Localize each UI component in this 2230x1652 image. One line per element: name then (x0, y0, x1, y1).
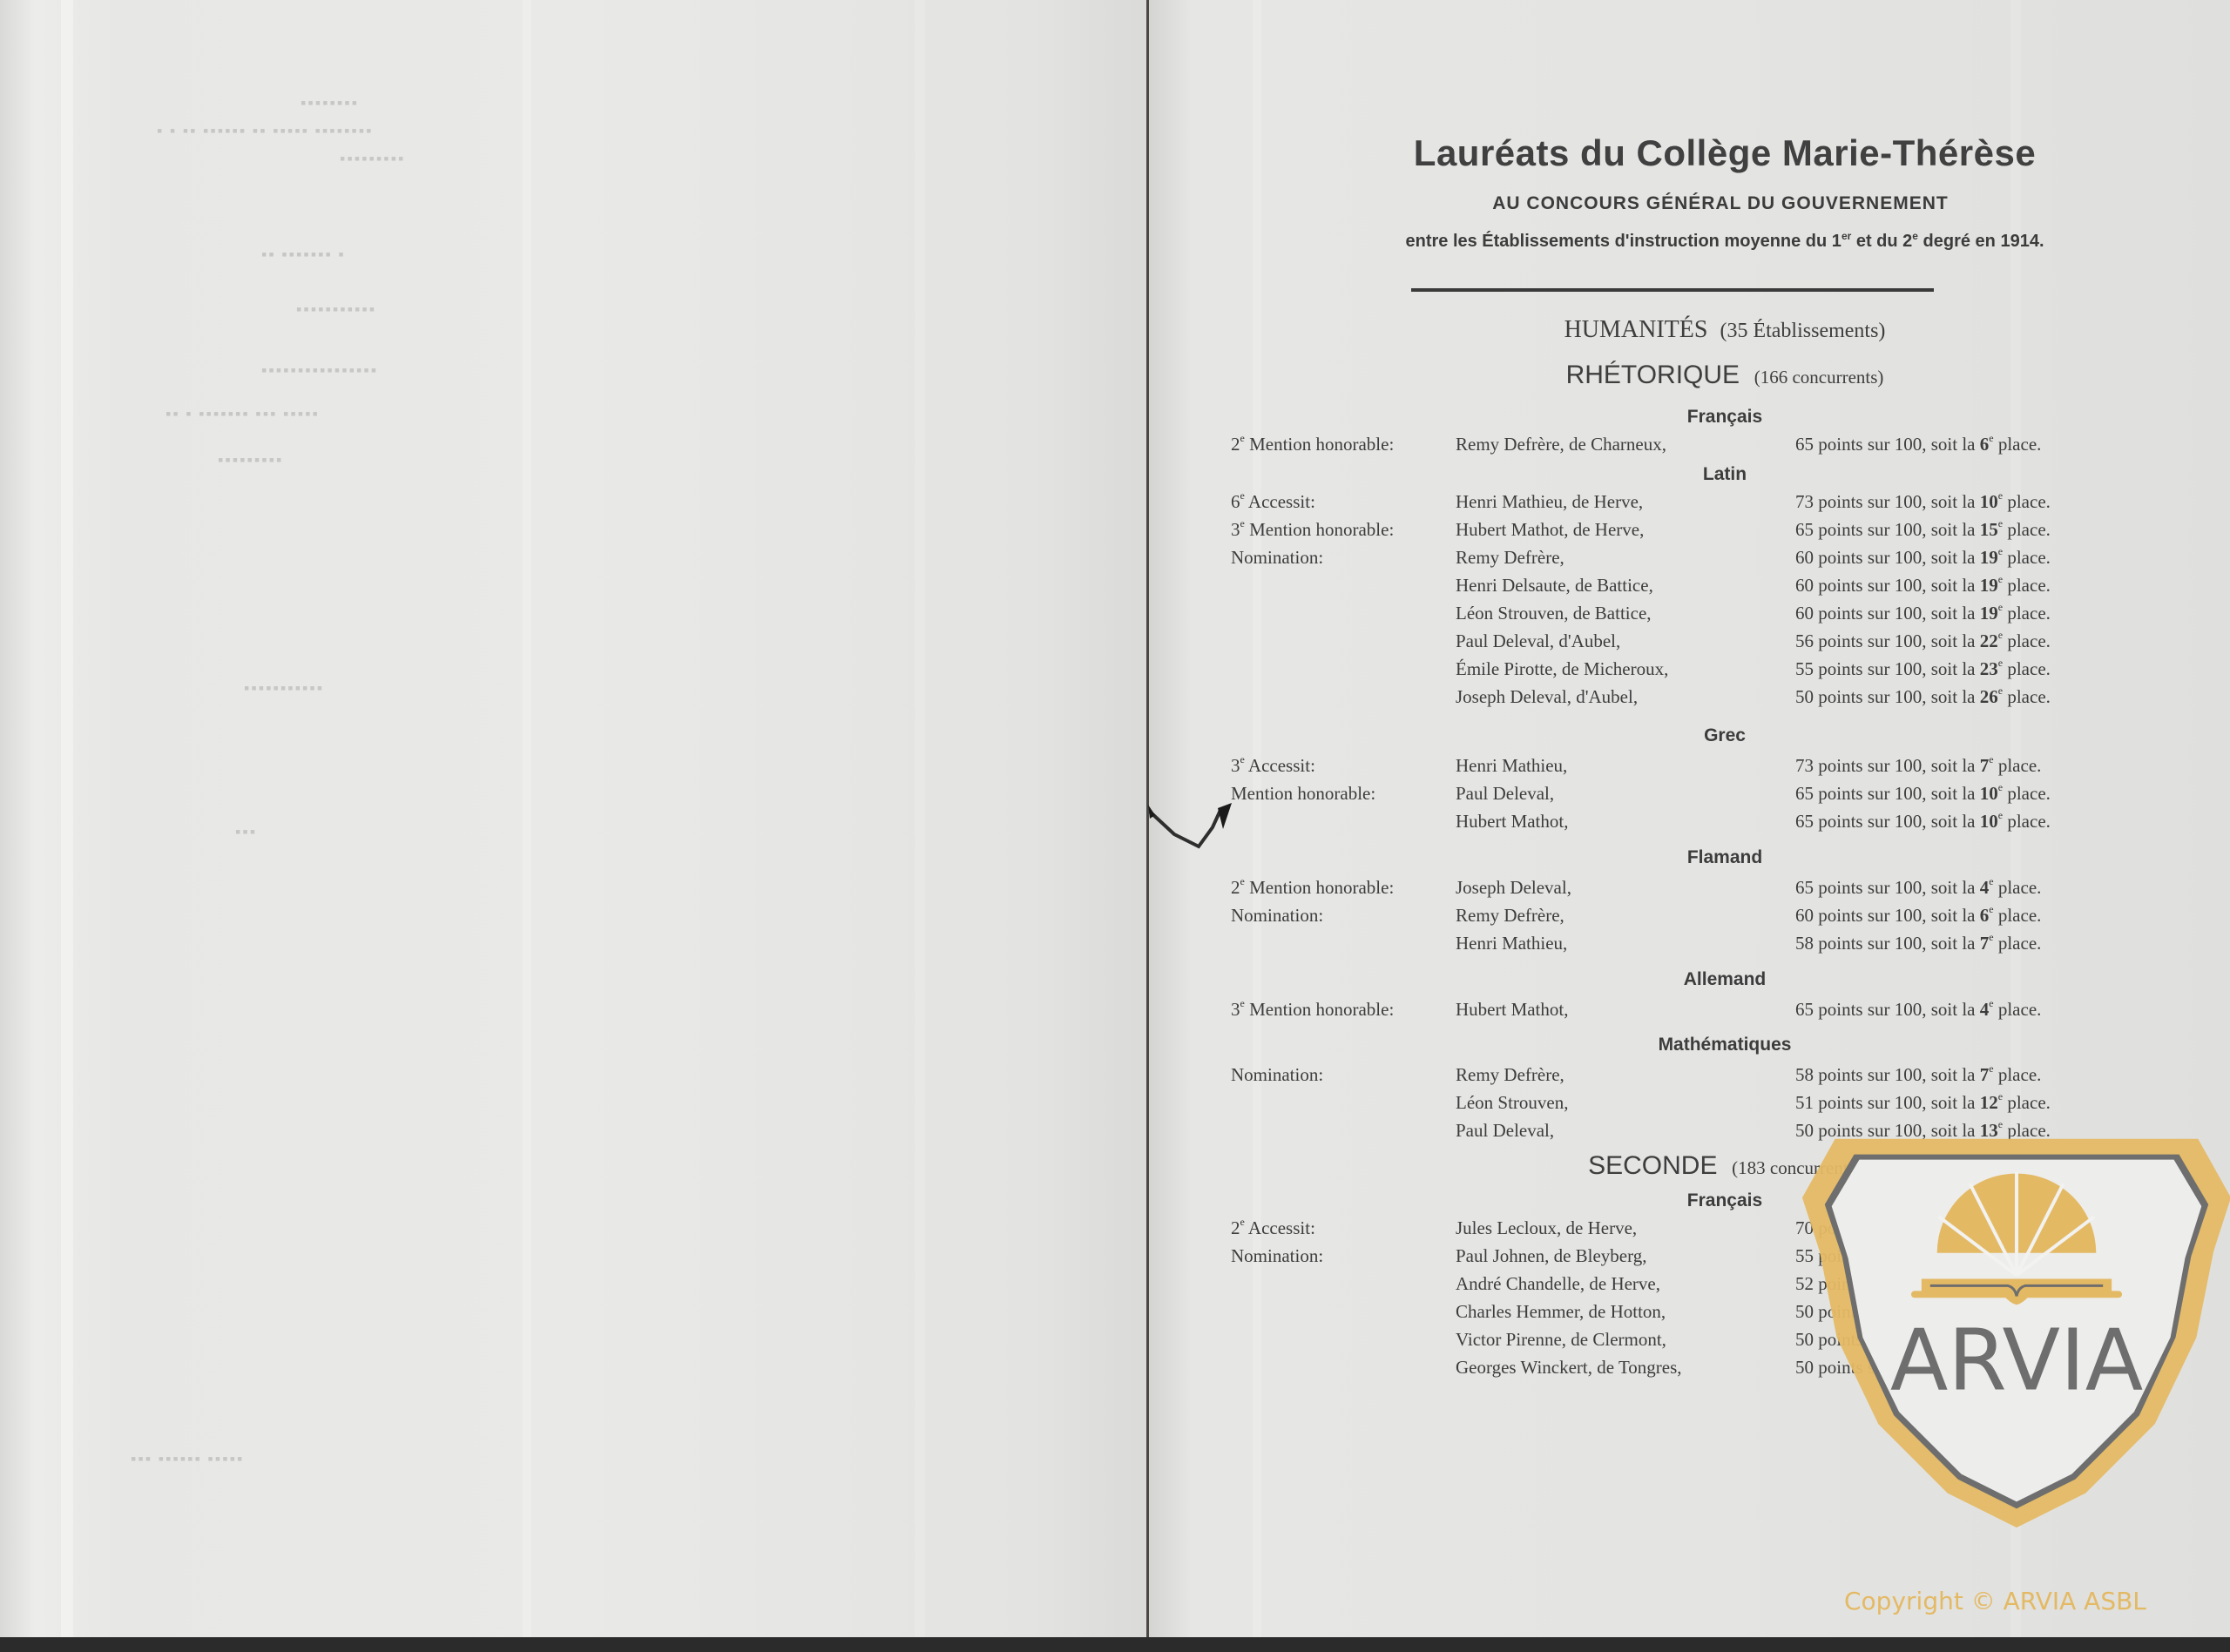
award-label: 3e Accessit: (1231, 755, 1315, 777)
result-row: 2e Mention honorable:Remy Defrère, de Ch… (1231, 434, 2154, 460)
page-bottom-edge (0, 1637, 2230, 1652)
paper-fold (61, 0, 73, 1637)
bleed-through-text: ▪▪ ▪▪▪▪▪▪▪ ▪ (261, 246, 346, 264)
laureate-name: Henri Mathieu, (1456, 755, 1567, 777)
score: 58 points sur 100, soit la 7e place. (1795, 933, 2041, 954)
paper-tear (1148, 784, 1235, 853)
laureate-name: Henri Mathieu, (1456, 933, 1567, 954)
award-label: 6e Accessit: (1231, 491, 1315, 513)
document-title: Lauréats du Collège Marie-Thérèse (1289, 132, 2160, 174)
bleed-through-text: ▪ ▪ ▪▪ ▪▪▪▪▪▪ ▪▪ ▪▪▪▪▪ ▪▪▪▪▪▪▪▪ (157, 122, 374, 140)
score: 51 points sur 100, soit la 12e place. (1795, 1092, 2051, 1114)
result-row: 3e Mention honorable:Hubert Mathot,65 po… (1231, 999, 2154, 1025)
result-row: 3e Mention honorable:Hubert Mathot, de H… (1231, 519, 2154, 545)
score: 65 points sur 100, soit la 15e place. (1795, 519, 2051, 541)
score: 65 points sur 100, soit la 10e place. (1795, 783, 2051, 805)
result-row: Nomination:Remy Defrère,60 points sur 10… (1231, 547, 2154, 573)
level-heading: RHÉTORIQUE (166 concurrents) (1289, 361, 2160, 390)
paper-fold (915, 0, 925, 1637)
copyright-notice: Copyright © ARVIA ASBL (1844, 1587, 2146, 1615)
laureate-name: Léon Strouven, de Battice, (1456, 603, 1652, 624)
level-participants: (166 concurrents) (1754, 367, 1884, 388)
bleed-through-text: ▪▪▪▪▪▪▪▪▪▪▪ (296, 300, 376, 319)
score: 65 points sur 100, soit la 10e place. (1795, 811, 2051, 833)
laureate-name: Victor Pirenne, de Clermont, (1456, 1329, 1666, 1351)
laureate-name: Charles Hemmer, de Hotton, (1456, 1301, 1666, 1323)
level-name: RHÉTORIQUE (1566, 361, 1740, 389)
laureate-name: Joseph Deleval, (1456, 877, 1571, 899)
laureate-name: Remy Defrère, (1456, 905, 1564, 927)
award-label: Nomination: (1231, 905, 1323, 927)
award-label: 3e Mention honorable: (1231, 519, 1394, 541)
score: 65 points sur 100, soit la 6e place. (1795, 434, 2041, 455)
award-label: 2e Accessit: (1231, 1217, 1315, 1239)
score: 73 points sur 100, soit la 10e place. (1795, 491, 2051, 513)
svg-text:ARVIA: ARVIA (1890, 1311, 2143, 1409)
result-row: Nomination:Remy Defrère,58 points sur 10… (1231, 1064, 2154, 1090)
result-row: Nomination:Remy Defrère,60 points sur 10… (1231, 905, 2154, 931)
score: 60 points sur 100, soit la 19e place. (1795, 603, 2051, 624)
laureate-name: Jules Lecloux, de Herve, (1456, 1217, 1637, 1239)
result-row: Émile Pirotte, de Micheroux,55 points su… (1231, 658, 2154, 684)
result-row: Joseph Deleval, d'Aubel,50 points sur 10… (1231, 686, 2154, 712)
subject-heading: Mathématiques (1289, 1035, 2160, 1055)
score: 60 points sur 100, soit la 19e place. (1795, 575, 2051, 597)
result-row: Hubert Mathot,65 points sur 100, soit la… (1231, 811, 2154, 837)
result-row: Mention honorable:Paul Deleval,65 points… (1231, 783, 2154, 809)
bleed-through-text: ▪▪▪▪▪▪▪▪▪▪▪ (244, 679, 324, 698)
award-label: 3e Mention honorable: (1231, 999, 1394, 1021)
laureate-name: André Chandelle, de Herve, (1456, 1273, 1660, 1295)
laureate-name: Paul Deleval, d'Aubel, (1456, 630, 1620, 652)
heading-divider (1411, 288, 1934, 292)
score: 65 points sur 100, soit la 4e place. (1795, 999, 2041, 1021)
bleed-through-text: ▪▪▪ (235, 823, 257, 841)
subject-heading: Grec (1289, 725, 2160, 746)
score: 73 points sur 100, soit la 7e place. (1795, 755, 2041, 777)
bleed-through-text: ▪▪▪▪▪▪▪▪▪ (218, 451, 283, 469)
result-row: Léon Strouven, de Battice,60 points sur … (1231, 603, 2154, 629)
laureate-name: Hubert Mathot, de Herve, (1456, 519, 1644, 541)
laureate-name: Remy Defrère, de Charneux, (1456, 434, 1666, 455)
award-label: Mention honorable: (1231, 783, 1375, 805)
result-row: 2e Mention honorable:Joseph Deleval,65 p… (1231, 877, 2154, 903)
award-label: Nomination: (1231, 1245, 1323, 1267)
section-heading: HUMANITÉS (35 Établissements) (1289, 316, 2160, 344)
result-row: Léon Strouven,51 points sur 100, soit la… (1231, 1092, 2154, 1118)
document-subtitle-2: entre les Établissements d'instruction m… (1289, 232, 2160, 252)
laureate-name: Joseph Deleval, d'Aubel, (1456, 686, 1638, 708)
score: 58 points sur 100, soit la 7e place. (1795, 1064, 2041, 1086)
score: 60 points sur 100, soit la 19e place. (1795, 547, 2051, 569)
award-label: Nomination: (1231, 1064, 1323, 1086)
bleed-through-text: ▪▪ ▪ ▪▪▪▪▪▪▪ ▪▪▪ ▪▪▪▪▪ (166, 405, 320, 423)
bleed-through-text: ▪▪▪▪▪▪▪▪▪ (340, 150, 405, 168)
laureate-name: Henri Delsaute, de Battice, (1456, 575, 1653, 597)
award-label: 2e Mention honorable: (1231, 434, 1394, 455)
bleed-through-text: ▪▪▪▪▪▪▪▪▪▪▪▪▪▪▪▪ (261, 361, 378, 380)
score: 50 points sur 100, soit la 26e place. (1795, 686, 2051, 708)
score: 56 points sur 100, soit la 22e place. (1795, 630, 2051, 652)
laureate-name: Hubert Mathot, (1456, 999, 1568, 1021)
subject-heading: Français (1289, 407, 2160, 428)
subject-heading: Allemand (1289, 969, 2160, 990)
score: 55 points sur 100, soit la 23e place. (1795, 658, 2051, 680)
bleed-through-text: ▪▪▪ ▪▪▪▪▪▪ ▪▪▪▪▪ (131, 1450, 244, 1468)
laureate-name: Hubert Mathot, (1456, 811, 1568, 833)
bleed-through-text: ▪▪▪▪▪▪▪▪ (301, 94, 359, 112)
result-row: Paul Deleval, d'Aubel,56 points sur 100,… (1231, 630, 2154, 657)
subject-heading: Latin (1289, 464, 2160, 485)
result-row: Henri Delsaute, de Battice,60 points sur… (1231, 575, 2154, 601)
laureate-name: Paul Johnen, de Bleyberg, (1456, 1245, 1647, 1267)
laureate-name: Paul Deleval, (1456, 783, 1554, 805)
laureate-name: Léon Strouven, (1456, 1092, 1568, 1114)
score: 65 points sur 100, soit la 4e place. (1795, 877, 2041, 899)
score: 60 points sur 100, soit la 6e place. (1795, 905, 2041, 927)
result-row: Henri Mathieu,58 points sur 100, soit la… (1231, 933, 2154, 959)
level-name: SECONDE (1588, 1151, 1717, 1180)
document-subtitle: AU CONCOURS GÉNÉRAL DU GOUVERNEMENT (1289, 193, 2152, 214)
result-row: 6e Accessit:Henri Mathieu, de Herve,73 p… (1231, 491, 2154, 517)
award-label: 2e Mention honorable: (1231, 877, 1394, 899)
result-row: 3e Accessit:Henri Mathieu,73 points sur … (1231, 755, 2154, 781)
laureate-name: Émile Pirotte, de Micheroux, (1456, 658, 1668, 680)
laureate-name: Remy Defrère, (1456, 547, 1564, 569)
left-page: ▪▪▪▪▪▪▪▪ ▪ ▪ ▪▪ ▪▪▪▪▪▪ ▪▪ ▪▪▪▪▪ ▪▪▪▪▪▪▪▪… (0, 0, 1148, 1639)
paper-fold (523, 0, 531, 1637)
laureate-name: Henri Mathieu, de Herve, (1456, 491, 1643, 513)
laureate-name: Remy Defrère, (1456, 1064, 1564, 1086)
laureate-name: Georges Winckert, de Tongres, (1456, 1357, 1682, 1379)
subject-heading: Flamand (1289, 847, 2160, 868)
laureate-name: Paul Deleval, (1456, 1120, 1554, 1142)
award-label: Nomination: (1231, 547, 1323, 569)
arvia-shield-logo-icon: ARVIA (1801, 1129, 2230, 1529)
